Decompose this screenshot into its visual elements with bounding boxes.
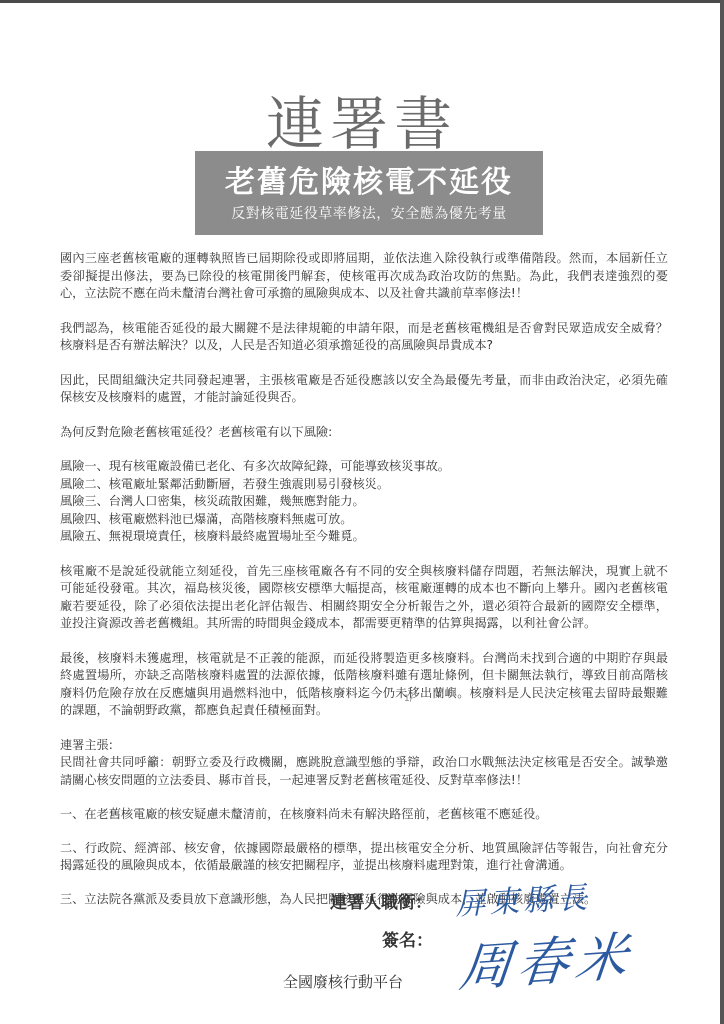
petition-document: 連署書 老舊危險核電不延役 反對核電延役草率修法，安全應為優先考量 國內三座老舊… <box>0 0 724 1024</box>
banner-subheadline: 反對核電延役草率修法，安全應為優先考量 <box>195 205 543 223</box>
claim-item: 二、行政院、經濟部、核安會，依據國際最嚴格的標準，提出核電安全分析、地質風險評估… <box>60 840 668 875</box>
risk-list: 風險一、現有核電廠設備已老化、有多次故障紀錄，可能導致核災事故。 風險二、核電廠… <box>60 458 668 546</box>
signer-title-label: 連署人職銜： <box>330 888 432 913</box>
stray-pen-mark: 1/ <box>404 694 413 704</box>
paragraph-initiative: 因此，民間組織決定共同發起連署，主張核電廠是否延役應該以安全為最優先考量，而非由… <box>60 372 668 407</box>
headline-banner: 老舊危險核電不延役 反對核電延役草率修法，安全應為優先考量 <box>195 151 543 235</box>
paragraph-key-issue: 我們認為，核電能否延役的最大關鍵不是法律規範的申請年限，而是老舊核電機組是否會對… <box>60 320 668 355</box>
risks-heading: 為何反對危險老舊核電延役？老舊核電有以下風險: <box>60 424 668 442</box>
risk-item: 風險一、現有核電廠設備已老化、有多次故障紀錄，可能導致核災事故。 <box>60 458 668 476</box>
paragraph-nuclear-waste: 最後，核廢料未獲處理，核電就是不正義的能源，而延役將製造更多核廢料。台灣尚未找到… <box>60 650 668 720</box>
claims-intro: 民間社會共同呼籲：朝野立委及行政機關，應跳脫意識型態的爭辯，政治口水戰無法決定核… <box>60 754 668 789</box>
paragraph-intro: 國內三座老舊核電廠的運轉執照皆已屆期除役或即將屆期，並依法進入除役執行或準備階段… <box>60 250 668 303</box>
handwritten-signer-title: 屏東縣長 <box>454 872 592 923</box>
signature-block: 連署人職銜： 屏東縣長 簽名： 周春米 全國廢核行動平台 <box>0 880 724 1020</box>
signature-label: 簽名： <box>382 926 433 951</box>
handwritten-signature: 周春米 <box>456 914 638 1002</box>
claim-item: 一、在老舊核電廠的核安疑慮未釐清前，在核廢料尚未有解決路徑前，老舊核電不應延役。 <box>60 806 668 824</box>
claims-heading: 連署主張: <box>60 737 668 755</box>
risk-item: 風險五、無視環境責任，核廢料最終處置場址至今難覓。 <box>60 528 668 546</box>
risk-item: 風險二、核電廠址緊鄰活動斷層，若發生強震則易引發核災。 <box>60 476 668 494</box>
risk-item: 風險三、台灣人口密集，核災疏散困難，幾無應對能力。 <box>60 493 668 511</box>
banner-headline: 老舊危險核電不延役 <box>195 165 543 201</box>
organization-name: 全國廢核行動平台 <box>283 971 403 992</box>
paragraph-extension-cost: 核電廠不是說延役就能立刻延役，首先三座核電廠各有不同的安全與核廢料儲存問題，若無… <box>60 563 668 633</box>
petition-body: 國內三座老舊核電廠的運轉執照皆已屆期除役或即將屆期，並依法進入除役執行或準備階段… <box>60 250 668 924</box>
document-title: 連署書 <box>0 92 724 156</box>
risk-item: 風險四、核電廠燃料池已爆滿，高階核廢料無處可放。 <box>60 511 668 529</box>
